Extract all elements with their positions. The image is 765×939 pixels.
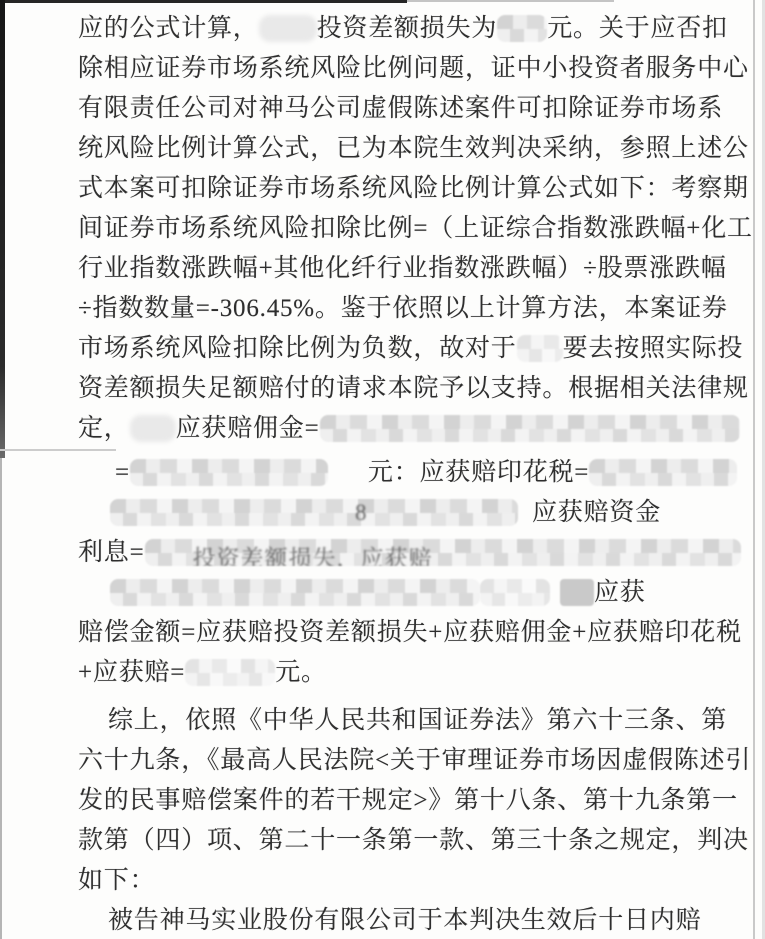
text-line-4: 统风险比例计算公式，已为本院生效判决采纳，参照上述公 (78, 128, 749, 162)
text-line-5: 式本案可扣除证券市场系统风险比例计算公式如下：考察期 (78, 168, 749, 202)
redaction-block (497, 15, 547, 42)
text-line-15: 应获 (110, 572, 646, 606)
text-line-16: 赔偿金额=应获赔投资差额损失+应获赔佣金+应获赔印花税 (78, 612, 742, 646)
text-segment: 元。 (275, 652, 327, 688)
text-line-11: 定，应获赔佣金= (78, 408, 740, 442)
text-segment: 款第（四）项、第二十一条第一款、第三十条之规定，判决 (78, 820, 749, 856)
text-line-12: =元：应获赔印花税= (115, 452, 737, 486)
text-line-7: 行业指数涨跌幅+其他化纤行业指数涨跌幅）÷股票涨跌幅 (78, 248, 727, 282)
text-segment: 元。关于应否扣 (547, 8, 728, 44)
redaction-block (185, 659, 275, 686)
text-segment: 元：应获赔印花税= (368, 452, 589, 488)
redaction-block (130, 415, 176, 442)
text-line-23: 被告神马实业股份有限公司于本判决生效后十日内赔 (108, 900, 701, 934)
text-segment: 资差额损失足额赔付的请求本院予以支持。根据相关法律规 (78, 368, 749, 404)
scan-edge-left-faint (0, 458, 2, 939)
text-line-8: ÷指数数量=-306.45%。鉴于依照以上计算方法，本案证券 (78, 288, 728, 322)
text-segment: 要去按照实际投 (563, 328, 744, 364)
text-segment: 应获赔佣金= (176, 408, 320, 444)
redaction-block (589, 459, 737, 486)
text-line-21: 款第（四）项、第二十一条第一款、第三十条之规定，判决 (78, 820, 749, 854)
text-segment: 除相应证券市场系统风险比例问题，证中小投资者服务中心 (78, 48, 749, 84)
text-line-9: 市场系统风险扣除比例为负数，故对于要去按照实际投 (78, 328, 743, 362)
redaction-ghost-text: 8 (355, 500, 368, 526)
text-line-18: 综上，依照《中华人民共和国证券法》第六十三条、第 (108, 700, 727, 734)
text-segment: 应的公式计算， (78, 8, 259, 44)
text-segment: 统风险比例计算公式，已为本院生效判决采纳，参照上述公 (78, 128, 749, 164)
text-segment: 应获 (594, 572, 646, 608)
scan-edge-left-dark (0, 0, 5, 458)
text-line-3: 有限责任公司对神马公司虚假陈述案件可扣除证券市场系 (78, 88, 723, 122)
text-segment: 六十九条，《最高人民法院<关于审理证券市场因虚假陈述引 (78, 740, 751, 776)
redaction-ghost-text: 投资差额损失，应获赔 (193, 540, 433, 566)
text-segment: 投资差额损失为 (317, 8, 498, 44)
text-line-13: 8应获赔资金 (110, 492, 661, 526)
spacer (550, 599, 560, 600)
redaction-block: 8 (110, 499, 518, 526)
text-line-14: 利息=投资差额损失，应获赔 (78, 532, 741, 566)
redaction-block (259, 15, 317, 42)
text-line-22: 如下： (78, 860, 155, 894)
redaction-block (480, 579, 550, 606)
text-segment: 综上，依照《中华人民共和国证券法》第六十三条、第 (108, 700, 727, 736)
redaction-block (130, 459, 328, 486)
text-segment: 定， (78, 408, 130, 444)
redaction-block (560, 579, 594, 606)
text-segment: 间证券市场系统风险扣除比例=（上证综合指数涨跌幅+化工 (78, 208, 753, 244)
text-line-2: 除相应证券市场系统风险比例问题，证中小投资者服务中心 (78, 48, 749, 82)
text-segment: 被告神马实业股份有限公司于本判决生效后十日内赔 (108, 900, 701, 936)
text-line-19: 六十九条，《最高人民法院<关于审理证券市场因虚假陈述引 (78, 740, 751, 774)
text-segment: 行业指数涨跌幅+其他化纤行业指数涨跌幅）÷股票涨跌幅 (78, 248, 727, 284)
text-segment: 如下： (78, 860, 155, 896)
text-segment: +应获赔= (78, 652, 185, 688)
text-line-10: 资差额损失足额赔付的请求本院予以支持。根据相关法律规 (78, 368, 749, 402)
redaction-block: 投资差额损失，应获赔 (145, 539, 741, 566)
scan-edge-top-faint (407, 0, 614, 2)
redaction-block (110, 579, 480, 606)
scan-artifact-horizontal-line (0, 449, 116, 451)
text-line-20: 发的民事赔偿案件的若干规定>》第十八条、第十九条第一 (78, 780, 738, 814)
redaction-block (320, 415, 740, 442)
text-segment: 发的民事赔偿案件的若干规定>》第十八条、第十九条第一 (78, 780, 738, 816)
text-segment: 市场系统风险扣除比例为负数，故对于 (78, 328, 517, 364)
text-segment: ÷指数数量=-306.45%。鉴于依照以上计算方法，本案证券 (78, 288, 728, 324)
text-segment: = (115, 459, 130, 487)
text-line-6: 间证券市场系统风险扣除比例=（上证综合指数涨跌幅+化工 (78, 208, 753, 242)
text-segment: 式本案可扣除证券市场系统风险比例计算公式如下：考察期 (78, 168, 749, 204)
text-line-17: +应获赔=元。 (78, 652, 327, 686)
spacer (328, 479, 368, 480)
scan-edge-top-dark (0, 0, 407, 3)
spacer (518, 519, 532, 520)
text-line-1: 应的公式计算，投资差额损失为元。关于应否扣 (78, 8, 728, 42)
scan-edge-right-line (753, 0, 755, 939)
text-segment: 有限责任公司对神马公司虚假陈述案件可扣除证券市场系 (78, 88, 723, 124)
text-segment: 利息= (78, 532, 145, 568)
text-segment: 赔偿金额=应获赔投资差额损失+应获赔佣金+应获赔印花税 (78, 612, 742, 648)
redaction-block (517, 335, 563, 362)
document-page: 应的公式计算，投资差额损失为元。关于应否扣除相应证券市场系统风险比例问题，证中小… (0, 0, 765, 939)
text-segment: 应获赔资金 (532, 492, 661, 528)
